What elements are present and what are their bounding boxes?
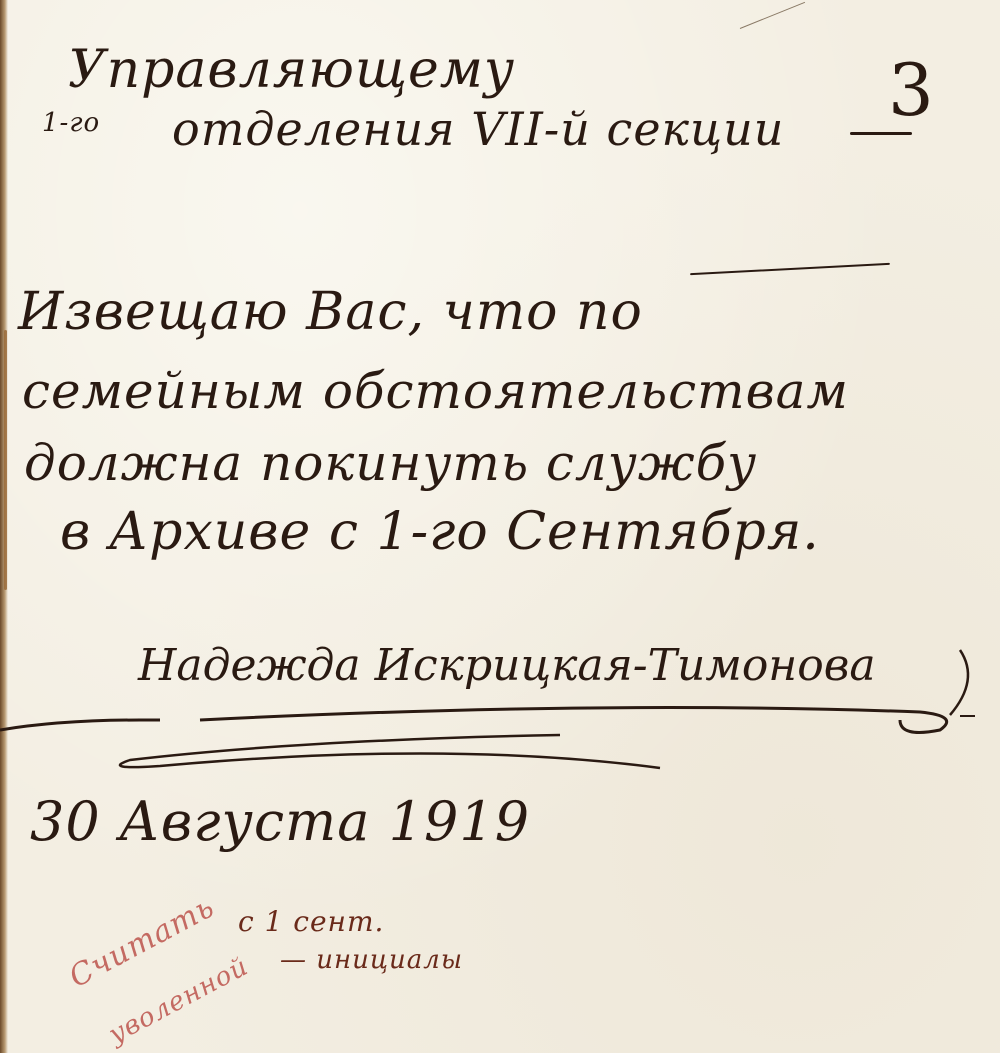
body-line-1-overline <box>690 263 890 275</box>
stray-pen-stroke <box>740 2 805 29</box>
header-department-prefix: 1-го <box>42 108 100 138</box>
body-line-2: семейным обстоятельствам <box>22 362 849 420</box>
header-department: отделения VII-й секции <box>172 102 784 156</box>
date-line: 30 Августа 1919 <box>30 790 530 853</box>
header-addressee: Управляющему <box>68 40 515 100</box>
page-number: 3 <box>888 48 935 132</box>
brown-ink-note-line-1: с 1 сент. <box>238 905 384 938</box>
body-line-4: в Архиве с 1-го Сентября. <box>60 502 820 562</box>
body-line-3: должна покинуть службу <box>24 434 757 492</box>
document-page: Управляющему 1-го отделения VII-й секции… <box>0 0 1000 1053</box>
header-flourish <box>850 132 912 135</box>
ink-layer: Управляющему 1-го отделения VII-й секции… <box>0 0 1000 1053</box>
body-line-1: Извещаю Вас, что по <box>18 282 643 342</box>
brown-ink-note-line-2: — инициалы <box>280 945 463 975</box>
